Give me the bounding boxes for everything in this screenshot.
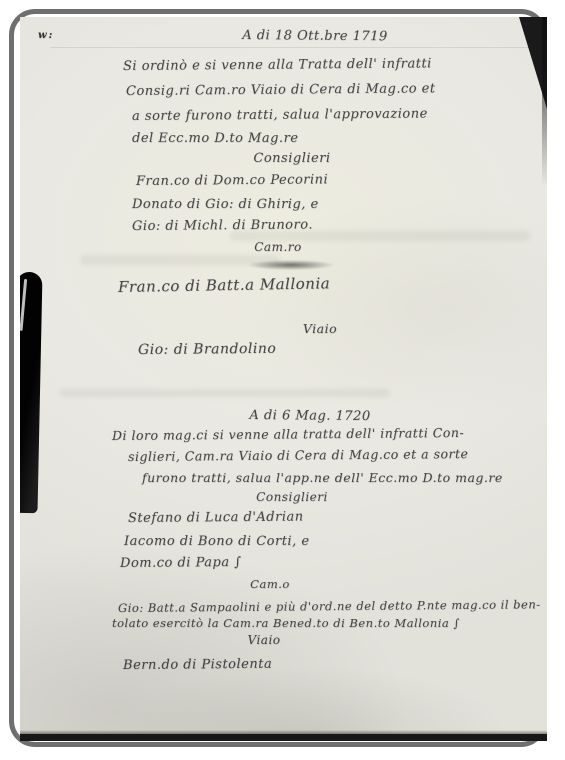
entry1-consigliere-name: Fran.co di Dom.co Pecorini bbox=[136, 172, 328, 189]
entry2-paragraph-line: Di loro mag.ci si venne alla tratta dell… bbox=[112, 425, 464, 443]
entry1-paragraph-line: Si ordinò e si venne alla Tratta dell' i… bbox=[123, 56, 432, 74]
binding-rod bbox=[20, 272, 43, 513]
entry2-viaio-name: Bern.do di Pistolenta bbox=[123, 657, 272, 673]
entry1-date-heading: A di 18 Ott.bre 1719 bbox=[242, 28, 388, 44]
margin-mark: w: bbox=[38, 30, 54, 41]
entry2-viaio-heading: Viaio bbox=[247, 633, 280, 647]
entry2-consigliere-name: Iacomo di Bono di Corti, e bbox=[124, 534, 310, 549]
bleedthrough-text bbox=[60, 389, 390, 397]
entry1-consiglieri-heading: Consiglieri bbox=[253, 151, 330, 166]
entry1-viaio-name: Gio: di Brandolino bbox=[138, 341, 276, 358]
entry1-paragraph-line: a sorte furono tratti, salua l'approvazi… bbox=[132, 106, 428, 124]
entry1-camerlengo-heading: Cam.ro bbox=[254, 240, 302, 254]
entry1-consigliere-name: Donato di Gio: di Ghirig, e bbox=[132, 197, 319, 212]
entry2-date-heading: A di 6 Mag. 1720 bbox=[249, 408, 370, 424]
entry2-camerlengo-note-line: tolato esercitò la Cam.ra Bened.to di Be… bbox=[112, 616, 460, 630]
entry1-camerlengo-name: Fran.co di Batt.a Mallonia bbox=[118, 274, 330, 296]
scan-artifact-line bbox=[50, 47, 530, 48]
entry2-consiglieri-heading: Consiglieri bbox=[256, 490, 328, 504]
entry2-camerlengo-heading: Cam.o bbox=[250, 577, 290, 591]
manuscript-scan: w: A di 18 Ott.bre 1719 Si ordinò e si v… bbox=[0, 0, 565, 760]
entry2-camerlengo-note-line: Gio: Batt.a Sampaolini e più d'ord.ne de… bbox=[118, 597, 541, 615]
entry1-paragraph-line: del Ecc.mo D.to Mag.re bbox=[132, 131, 298, 146]
page-edge-shadow bbox=[542, 17, 547, 187]
entry1-consigliere-name: Gio: di Michl. di Brunoro. bbox=[132, 217, 313, 234]
ink-smudge bbox=[248, 260, 334, 270]
photo-bottom-edge bbox=[20, 734, 547, 741]
entry2-consigliere-name: Stefano di Luca d'Adrian bbox=[128, 509, 304, 526]
entry1-paragraph-line: Consig.ri Cam.ro Viaio di Cera di Mag.co… bbox=[126, 81, 436, 99]
entry1-viaio-heading: Viaio bbox=[303, 321, 337, 336]
entry2-paragraph-line: siglieri, Cam.ra Viaio di Cera di Mag.co… bbox=[128, 446, 469, 464]
entry2-consigliere-name: Dom.co di Papa ∫ bbox=[120, 555, 242, 571]
manuscript-page: w: A di 18 Ott.bre 1719 Si ordinò e si v… bbox=[20, 17, 547, 741]
entry2-paragraph-line: furono tratti, salua l'app.ne dell' Ecc.… bbox=[142, 470, 503, 485]
